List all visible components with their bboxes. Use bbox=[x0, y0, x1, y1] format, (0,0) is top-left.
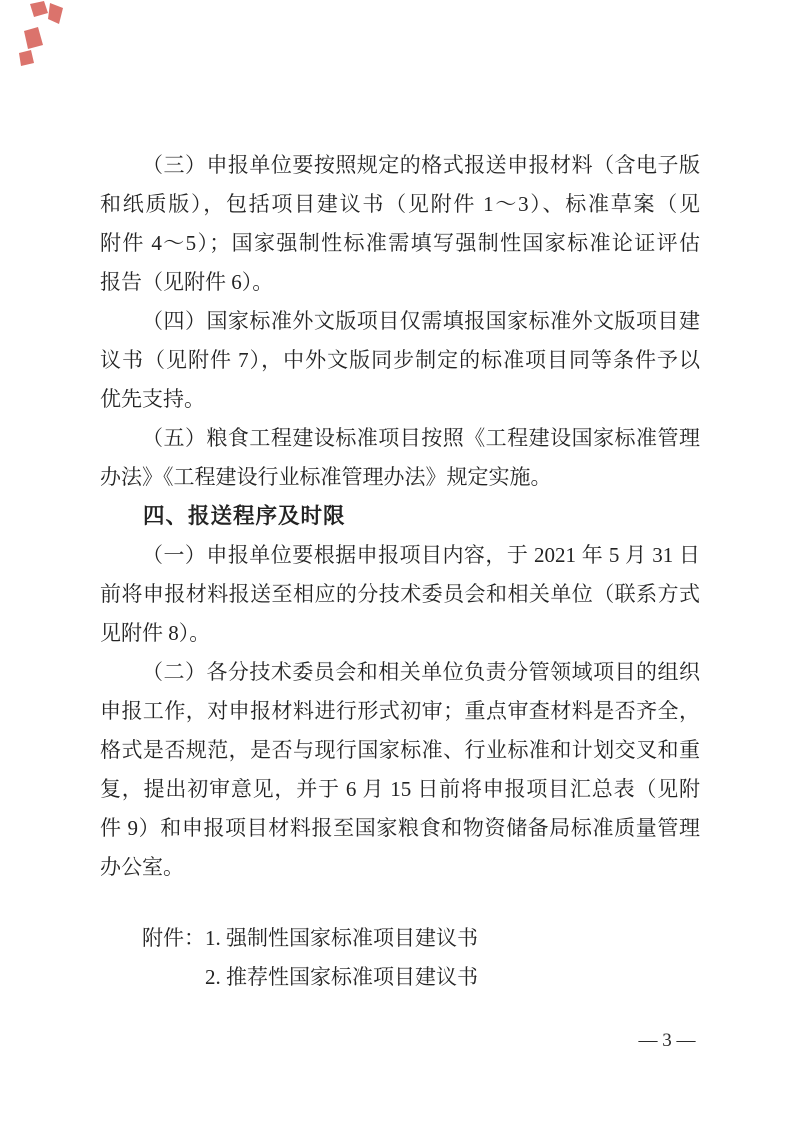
para-4-line-2: 议书（见附件 7），中外文版同步制定的标准项目同等条件予以 bbox=[100, 341, 700, 380]
para-3-line-3: 附件 4～5）；国家强制性标准需填写强制性国家标准论证评估 bbox=[100, 224, 700, 263]
para-3-line-1: （三）申报单位要按照规定的格式报送申报材料（含电子版 bbox=[100, 146, 700, 185]
para-1-line-2: 前将申报材料报送至相应的分技术委员会和相关单位（联系方式 bbox=[100, 575, 700, 614]
para-2-line-6: 办公室。 bbox=[100, 848, 700, 887]
para-2-line-1: （二）各分技术委员会和相关单位负责分管领域项目的组织 bbox=[100, 653, 700, 692]
para-2-line-4: 复，提出初审意见，并于 6 月 15 日前将申报项目汇总表（见附 bbox=[100, 770, 700, 809]
red-ink-blot bbox=[48, 3, 63, 24]
para-4-line-1: （四）国家标准外文版项目仅需填报国家标准外文版项目建 bbox=[100, 302, 700, 341]
document-body: （三）申报单位要按照规定的格式报送申报材料（含电子版 和纸质版），包括项目建议书… bbox=[100, 146, 700, 997]
para-3-line-2: 和纸质版），包括项目建议书（见附件 1～3）、标准草案（见 bbox=[100, 185, 700, 224]
para-3-line-4: 报告（见附件 6）。 bbox=[100, 263, 700, 302]
red-ink-blot bbox=[19, 50, 34, 66]
red-ink-blot bbox=[30, 1, 48, 17]
scanned-document-page: （三）申报单位要按照规定的格式报送申报材料（含电子版 和纸质版），包括项目建议书… bbox=[0, 0, 800, 1131]
attachments-line-2: 2. 推荐性国家标准项目建议书 bbox=[100, 958, 700, 997]
para-1-line-1: （一）申报单位要根据申报项目内容，于 2021 年 5 月 31 日 bbox=[100, 536, 700, 575]
para-1-line-3: 见附件 8）。 bbox=[100, 614, 700, 653]
page-number: — 3 — bbox=[612, 1028, 722, 1054]
section-heading-4: 四、报送程序及时限 bbox=[100, 497, 700, 536]
para-5-line-2: 办法》《工程建设行业标准管理办法》规定实施。 bbox=[100, 458, 700, 497]
para-2-line-3: 格式是否规范，是否与现行国家标准、行业标准和计划交叉和重 bbox=[100, 731, 700, 770]
red-ink-blot bbox=[24, 27, 43, 49]
red-ink-mark-icon bbox=[16, 0, 72, 70]
para-4-line-3: 优先支持。 bbox=[100, 380, 700, 419]
para-2-line-5: 件 9）和申报项目材料报至国家粮食和物资储备局标准质量管理 bbox=[100, 809, 700, 848]
para-5-line-1: （五）粮食工程建设标准项目按照《工程建设国家标准管理 bbox=[100, 419, 700, 458]
para-2-line-2: 申报工作，对申报材料进行形式初审；重点审查材料是否齐全， bbox=[100, 692, 700, 731]
attachments-line-1: 附件：1. 强制性国家标准项目建议书 bbox=[100, 919, 700, 958]
